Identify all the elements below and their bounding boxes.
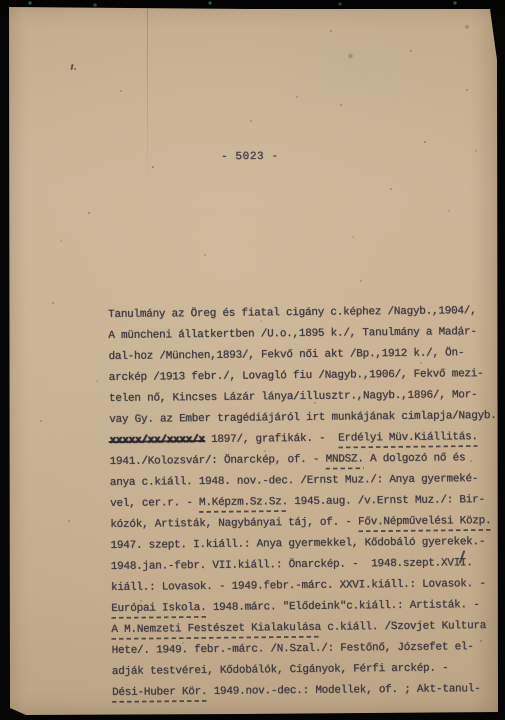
- text-run: 1948.jan.-febr. VII.kiáll.: Önarckép. - …: [111, 557, 473, 573]
- text-run: kiáll.: Lovasok. - 1949.febr.-márc. XXVI…: [111, 578, 486, 594]
- text-run: 1947. szept. I.kiáll.: Anya gyermekkel, …: [110, 536, 485, 552]
- text-run: 1949.nov.-dec.: Modellek, of. ; Akt-tanu…: [207, 683, 480, 698]
- text-run: vel, cer.r. -: [110, 497, 199, 510]
- paper-speckles-teal: [0, 0, 2, 2]
- underlined-phrase: MNDSZ.: [326, 453, 364, 469]
- text-run: 1941./Kolozsvár/: Önarckép, of. -: [110, 454, 326, 468]
- text-run: vay Gy. az Ember tragédiájáról irt munká…: [109, 410, 497, 426]
- scanned-document-page: - 5023 - Tanulmány az Öreg és fiatal cig…: [0, 0, 505, 720]
- text-run: Tanulmány az Öreg és fiatal cigány c.kép…: [108, 305, 476, 321]
- paper-stain: [347, 53, 354, 59]
- paper-crease-line: [147, 8, 148, 176]
- underlined-phrase: A M.Nemzeti Festészet Kialakulása: [111, 622, 321, 640]
- underlined-phrase: Európai Iskola.: [111, 602, 206, 619]
- underlined-phrase: Erdélyi Müv.Kiállitás.: [338, 431, 478, 448]
- text-run: c.kiáll. /Szovjet Kultura: [321, 620, 486, 634]
- underlined-phrase: Főv.Népművelési Közp.: [358, 515, 492, 532]
- text-run: dal-hoz /München,1893/, Fekvő női akt /B…: [108, 347, 464, 363]
- paper-stain-rust: [464, 24, 470, 30]
- typewritten-text-block: Tanulmány az Öreg és fiatal cigány c.kép…: [108, 301, 505, 704]
- text-line: Dési-Huber Kör. 1949.nov.-dec.: Modellek…: [112, 679, 505, 704]
- text-run: A müncheni állatkertben /U.o.,1895 k./, …: [108, 326, 476, 342]
- text-run: A dolgozó nő és: [364, 452, 466, 465]
- text-run: 1945.aug. /v.Ernst Muz./: Bir-: [288, 494, 485, 508]
- text-run: 1948.márc. "Elődeink"c.kiáll.: Artisták.…: [206, 599, 479, 614]
- text-run: adják testvérei, Kődobálók, Cigányok, Fé…: [112, 662, 449, 678]
- text-run: anya c.kiáll. 1948. nov.-dec. /Ernst Muz…: [110, 473, 478, 489]
- underlined-phrase: Dési-Huber Kör.: [112, 686, 207, 703]
- text-run: kózók, Artisták, Nagybányai táj, of. -: [110, 516, 358, 531]
- text-run: 1897/, grafikák. -: [205, 433, 338, 446]
- underlined-phrase: M.Képzm.Sz.Sz.: [199, 496, 288, 513]
- struck-out-text: xxxxx/xx/xxxx/x: [109, 434, 204, 447]
- text-run: telen nő, Kincses Lázár lánya/illusztr.,…: [109, 389, 477, 405]
- text-run: Hete/. 1949. febr.-márc. /N.Szal./: Fest…: [112, 641, 474, 657]
- page-number: - 5023 -: [221, 151, 279, 163]
- text-run: arckép /1913 febr./, Lovagló fiu /Nagyb.…: [109, 368, 484, 384]
